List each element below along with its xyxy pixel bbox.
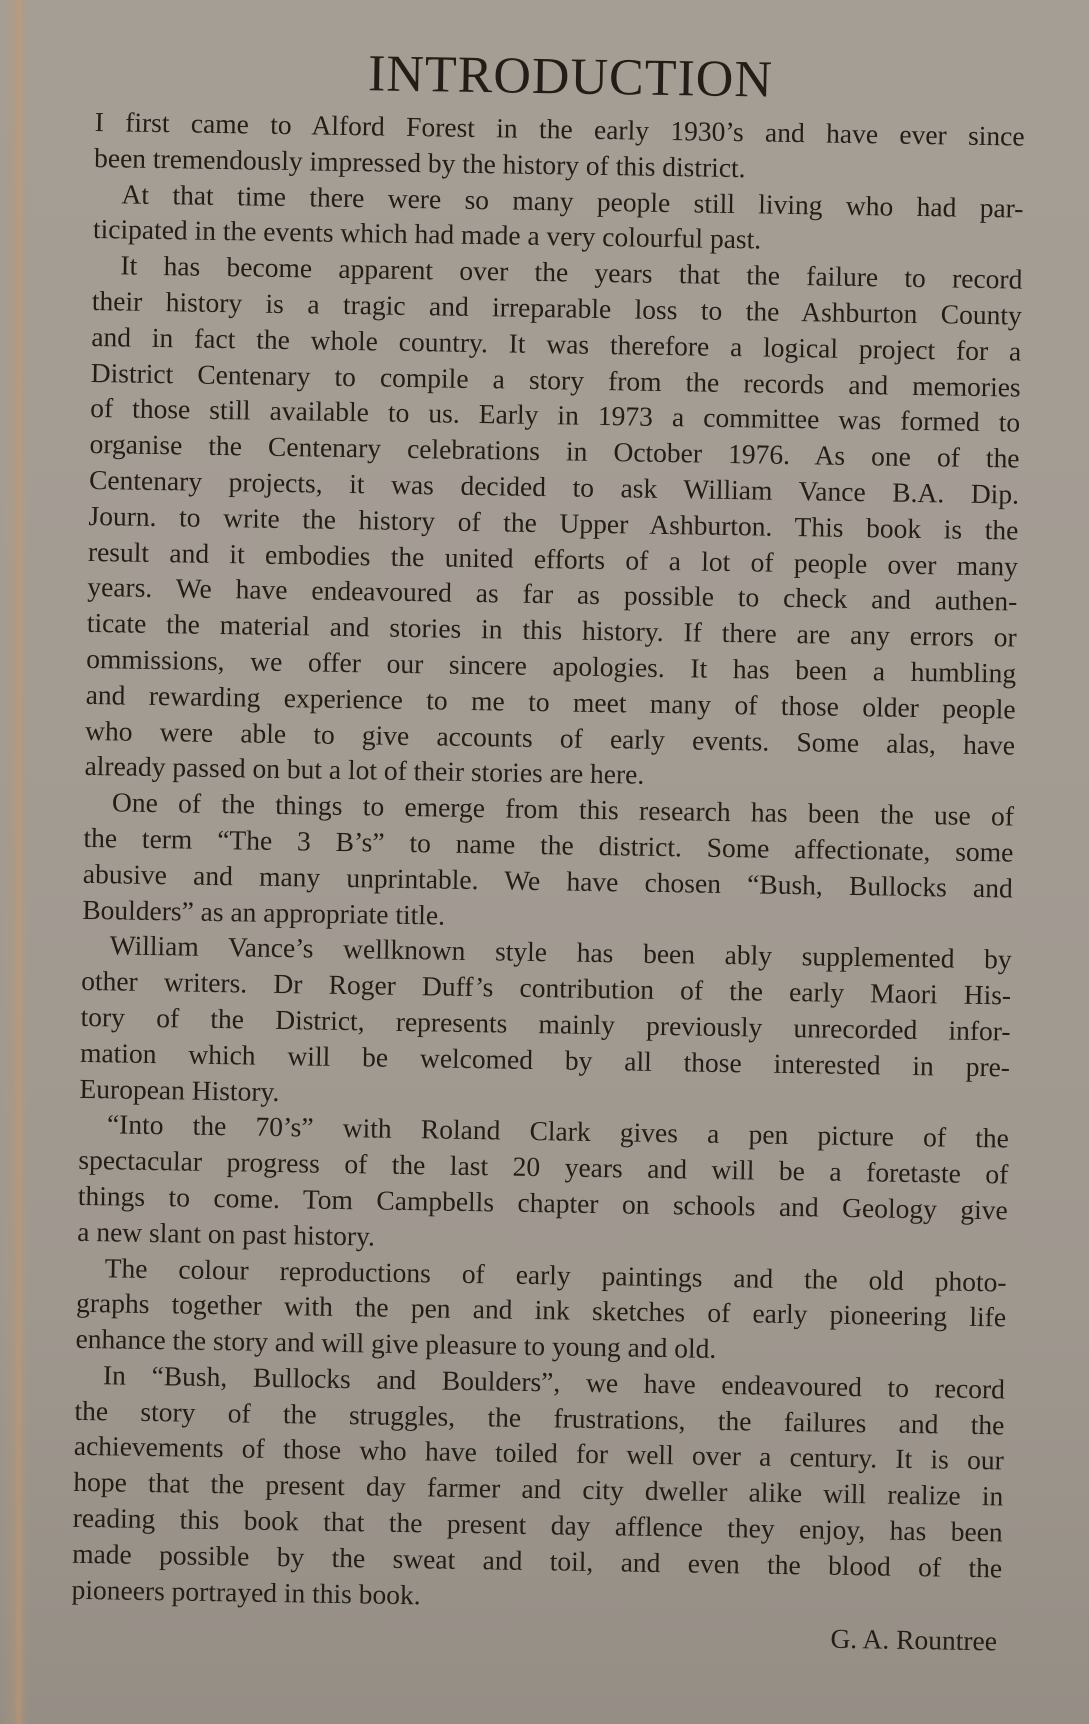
paragraph-8: In “Bush, Bullocks and Boulders”, we hav… bbox=[71, 1357, 1005, 1622]
paragraph-7: The colour reproductions of early painti… bbox=[75, 1249, 1007, 1371]
page-content: INTRODUCTION I first came to Alford Fore… bbox=[71, 40, 1026, 1660]
book-page: INTRODUCTION I first came to Alford Fore… bbox=[0, 0, 1089, 1724]
paragraph-4: One of the things to emerge from this re… bbox=[82, 784, 1014, 942]
paragraph-6: “Into the 70’s” with Roland Clark gives … bbox=[77, 1106, 1009, 1264]
paragraph-3: It has become apparent over the years th… bbox=[84, 247, 1022, 798]
spine-stain bbox=[14, 0, 24, 1724]
page-title: INTRODUCTION bbox=[95, 40, 1026, 115]
paragraph-5: William Vance’s wellknown style has been… bbox=[79, 927, 1012, 1121]
